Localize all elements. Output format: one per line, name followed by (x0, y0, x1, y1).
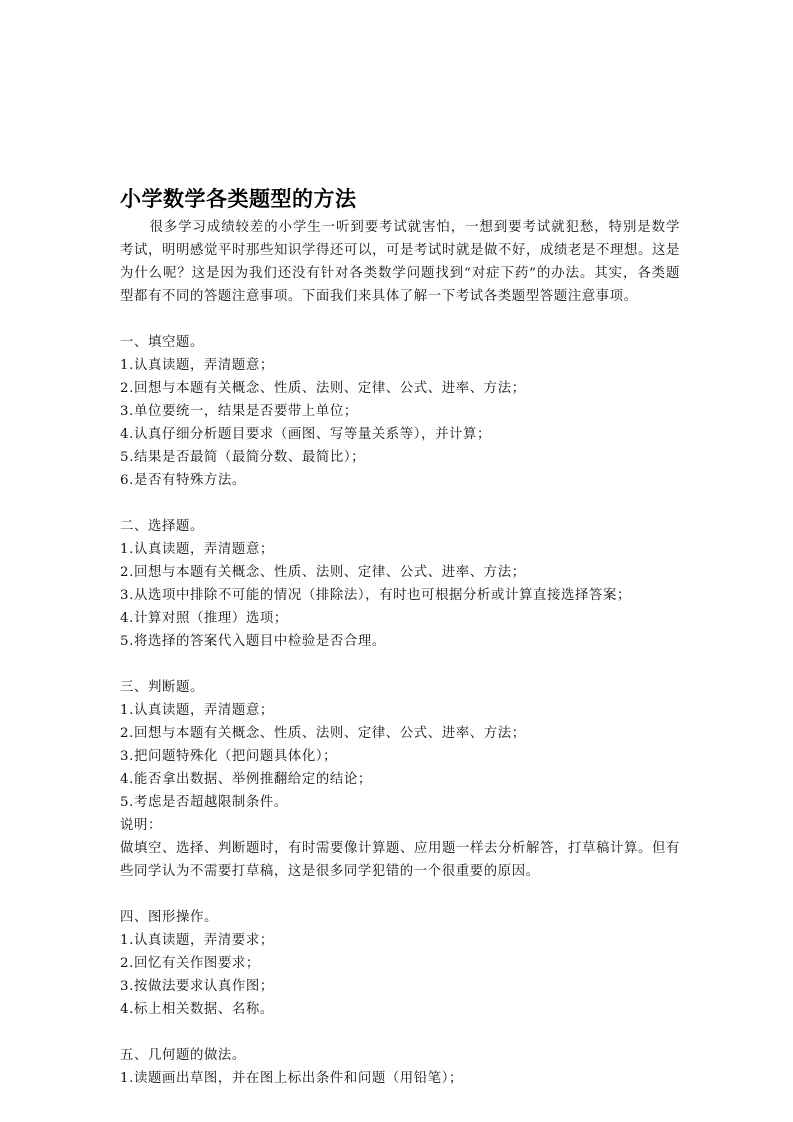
section-heading: 四、图形操作。 (120, 906, 680, 929)
spacer (120, 1021, 680, 1044)
section-true-false: 三、判断题。 1.认真读题，弄清题意； 2.回想与本题有关概念、性质、法则、定律… (120, 676, 680, 883)
document-title: 小学数学各类题型的方法 (120, 184, 680, 214)
list-item: 2.回想与本题有关概念、性质、法则、定律、公式、进率、方法； (120, 561, 680, 584)
section-heading: 三、判断题。 (120, 676, 680, 699)
list-item: 2.回想与本题有关概念、性质、法则、定律、公式、进率、方法； (120, 377, 680, 400)
list-item: 3.按做法要求认真作图； (120, 975, 680, 998)
list-item: 2.回想与本题有关概念、性质、法则、定律、公式、进率、方法； (120, 722, 680, 745)
list-item: 1.认真读题，弄清要求； (120, 929, 680, 952)
note-paragraph: 做填空、选择、判断题时，有时需要像计算题、应用题一样去分析解答，打草稿计算。但有… (120, 837, 680, 883)
list-item: 5.考虑是否超越限制条件。 (120, 791, 680, 814)
list-item: 2.回忆有关作图要求； (120, 952, 680, 975)
spacer (120, 653, 680, 676)
list-item: 5.结果是否最简（最简分数、最简比）； (120, 446, 680, 469)
section-drawing: 四、图形操作。 1.认真读题，弄清要求； 2.回忆有关作图要求； 3.按做法要求… (120, 906, 680, 1021)
section-heading: 五、几何题的做法。 (120, 1044, 680, 1067)
section-heading: 一、填空题。 (120, 331, 680, 354)
section-geometry: 五、几何题的做法。 1.读题画出草图，并在图上标出条件和问题（用铅笔）； (120, 1044, 680, 1090)
section-heading: 二、选择题。 (120, 515, 680, 538)
list-item: 4.认真仔细分析题目要求（画图、写等量关系等），并计算； (120, 423, 680, 446)
list-item: 5.将选择的答案代入题目中检验是否合理。 (120, 630, 680, 653)
spacer (120, 308, 680, 331)
list-item: 1.认真读题，弄清题意； (120, 699, 680, 722)
spacer (120, 492, 680, 515)
list-item: 4.标上相关数据、名称。 (120, 998, 680, 1021)
section-multiple-choice: 二、选择题。 1.认真读题，弄清题意； 2.回想与本题有关概念、性质、法则、定律… (120, 515, 680, 653)
list-item: 6.是否有特殊方法。 (120, 469, 680, 492)
intro-paragraph: 很多学习成绩较差的小学生一听到要考试就害怕，一想到要考试就犯愁，特别是数学考试，… (120, 216, 680, 308)
section-fill-in-blank: 一、填空题。 1.认真读题，弄清题意； 2.回想与本题有关概念、性质、法则、定律… (120, 331, 680, 492)
list-item: 1.认真读题，弄清题意； (120, 354, 680, 377)
list-item: 1.认真读题，弄清题意； (120, 538, 680, 561)
list-item: 4.计算对照（推理）选项； (120, 607, 680, 630)
list-item: 3.单位要统一，结果是否要带上单位； (120, 400, 680, 423)
list-item: 3.把问题特殊化（把问题具体化）； (120, 745, 680, 768)
document-page: 小学数学各类题型的方法 很多学习成绩较差的小学生一听到要考试就害怕，一想到要考试… (120, 184, 680, 1090)
spacer (120, 883, 680, 906)
list-item: 1.读题画出草图，并在图上标出条件和问题（用铅笔）； (120, 1067, 680, 1090)
note-label: 说明： (120, 814, 680, 837)
list-item: 4.能否拿出数据、举例推翻给定的结论； (120, 768, 680, 791)
list-item: 3.从选项中排除不可能的情况（排除法），有时也可根据分析或计算直接选择答案； (120, 584, 680, 607)
